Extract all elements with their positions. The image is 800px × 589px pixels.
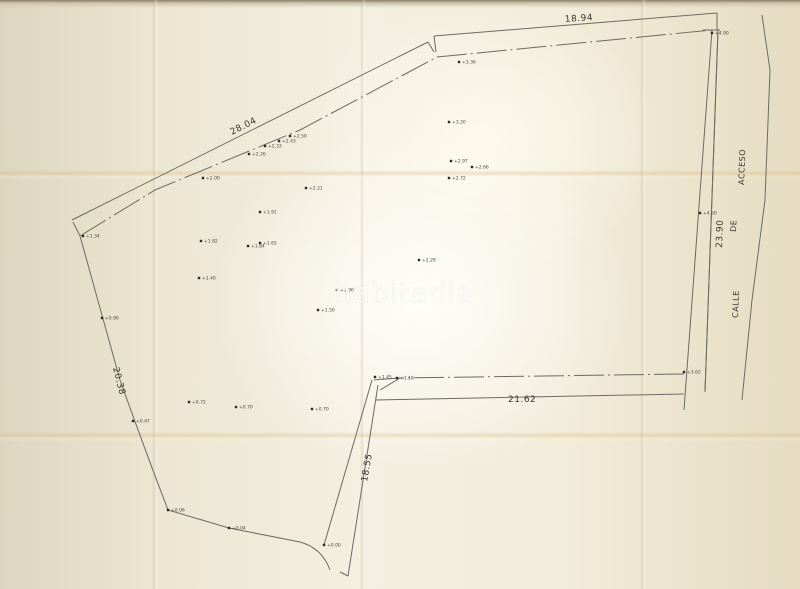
dimension-top-label: 18.94 (565, 13, 594, 25)
point-marker-icon (471, 166, 473, 168)
survey-plan-sheet: 18.94 28.04 20.38 23.90 21.62 18.55 CALL… (0, 0, 800, 589)
point-marker-icon (450, 160, 452, 162)
elevation-point: +0.70 (235, 405, 253, 411)
elevation-point: +2.00 (202, 176, 220, 182)
point-marker-icon (228, 527, 230, 529)
elevation-point: +0.00 (323, 543, 341, 549)
point-marker-icon (305, 187, 307, 189)
elevation-label: +0.72 (192, 400, 206, 406)
elevation-label: +0.90 (105, 316, 119, 322)
point-marker-icon (259, 242, 261, 244)
point-marker-icon (711, 32, 713, 34)
dimension-left-label: 20.38 (110, 366, 127, 396)
elevation-point: +2.97 (450, 159, 468, 165)
point-marker-icon (311, 408, 313, 410)
elevation-point: +3.62 (683, 370, 701, 376)
point-marker-icon (235, 406, 237, 408)
elevation-point: +4.50 (699, 211, 717, 217)
elevation-label: +3.20 (452, 120, 466, 126)
elevation-label: +1.91 (263, 210, 277, 216)
elevation-label: +3.36 (462, 60, 476, 66)
elevation-label: +3.62 (687, 370, 701, 376)
elevation-point: +2.21 (305, 186, 323, 192)
elevation-label: +0.47 (136, 419, 150, 425)
point-marker-icon (289, 135, 291, 137)
elevation-label: +2.33 (268, 144, 282, 150)
elevation-point: +1.91 (259, 210, 277, 216)
elevation-label: +1.40 (202, 276, 216, 282)
elevation-label: +2.21 (309, 186, 323, 192)
plan-drawing: 18.94 28.04 20.38 23.90 21.62 18.55 CALL… (0, 0, 800, 589)
elevation-label: +2.43 (282, 139, 296, 145)
point-marker-icon (317, 309, 319, 311)
elevation-label: +0.70 (315, 407, 329, 413)
dimension-middle-label: 21.62 (508, 395, 536, 405)
elevation-label: +4.90 (715, 31, 729, 37)
elevation-point: +2.72 (448, 176, 466, 182)
point-marker-icon (198, 277, 200, 279)
dimension-lower-diagonal-label: 18.55 (360, 453, 375, 483)
elevation-label: +1.34 (86, 234, 100, 240)
point-marker-icon (323, 544, 325, 546)
street-label-acceso: ACCESO (737, 149, 747, 185)
point-marker-icon (448, 177, 450, 179)
point-marker-icon (202, 177, 204, 179)
street-label-calle: CALLE (731, 290, 741, 318)
point-marker-icon (259, 211, 261, 213)
point-marker-icon (200, 240, 202, 242)
watermark: habitadia (334, 276, 474, 309)
point-marker-icon (82, 235, 84, 237)
elevation-point: +4.90 (711, 31, 729, 37)
elevation-point: +1.34 (82, 234, 100, 240)
point-marker-icon (458, 61, 460, 63)
elevation-point: +0.70 (311, 407, 329, 413)
point-marker-icon (247, 245, 249, 247)
point-marker-icon (188, 401, 190, 403)
point-marker-icon (264, 145, 266, 147)
point-marker-icon (396, 377, 398, 379)
elevation-point: +2.66 (471, 165, 489, 171)
elevation-label: +0.70 (239, 405, 253, 411)
point-marker-icon (101, 317, 103, 319)
point-marker-icon (683, 371, 685, 373)
street-edges (705, 15, 770, 400)
point-marker-icon (248, 153, 250, 155)
point-marker-icon (374, 376, 376, 378)
dimension-street-label: 23.90 (715, 220, 726, 249)
elevation-point: +2.33 (264, 144, 282, 150)
elevation-point: +2.29 (418, 258, 436, 264)
elevation-label: +2.66 (475, 165, 489, 171)
point-marker-icon (448, 121, 450, 123)
point-marker-icon (167, 509, 169, 511)
point-marker-icon (278, 140, 280, 142)
elevation-label: +4.50 (703, 211, 717, 217)
point-marker-icon (132, 420, 134, 422)
elevation-point: +1.40 (198, 276, 216, 282)
elevation-point: +3.20 (448, 120, 466, 126)
elevation-label: +2.26 (252, 152, 266, 158)
elevation-label: +1.18 (400, 376, 414, 382)
elevation-label: +0.04 (232, 526, 246, 532)
elevation-label: +2.00 (206, 176, 220, 182)
elevation-point: +2.26 (248, 152, 266, 158)
elevation-label: +2.29 (422, 258, 436, 264)
elevation-point: +0.72 (188, 400, 206, 406)
elevation-label: +1.45 (378, 375, 392, 381)
elevation-label: +1.82 (204, 239, 218, 245)
elevation-label: +2.72 (452, 176, 466, 182)
elevation-label: +1.50 (321, 308, 335, 314)
street-label-de: DE (729, 220, 738, 233)
elevation-label: +1.65 (263, 241, 277, 247)
elevation-point: +1.50 (317, 308, 335, 314)
point-marker-icon (699, 212, 701, 214)
elevation-point: +1.82 (200, 239, 218, 245)
elevation-point: +3.36 (458, 60, 476, 66)
point-marker-icon (418, 259, 420, 261)
elevation-label: +0.00 (327, 543, 341, 549)
elevation-label: +0.06 (171, 508, 185, 514)
elevation-label: +2.97 (454, 159, 468, 165)
